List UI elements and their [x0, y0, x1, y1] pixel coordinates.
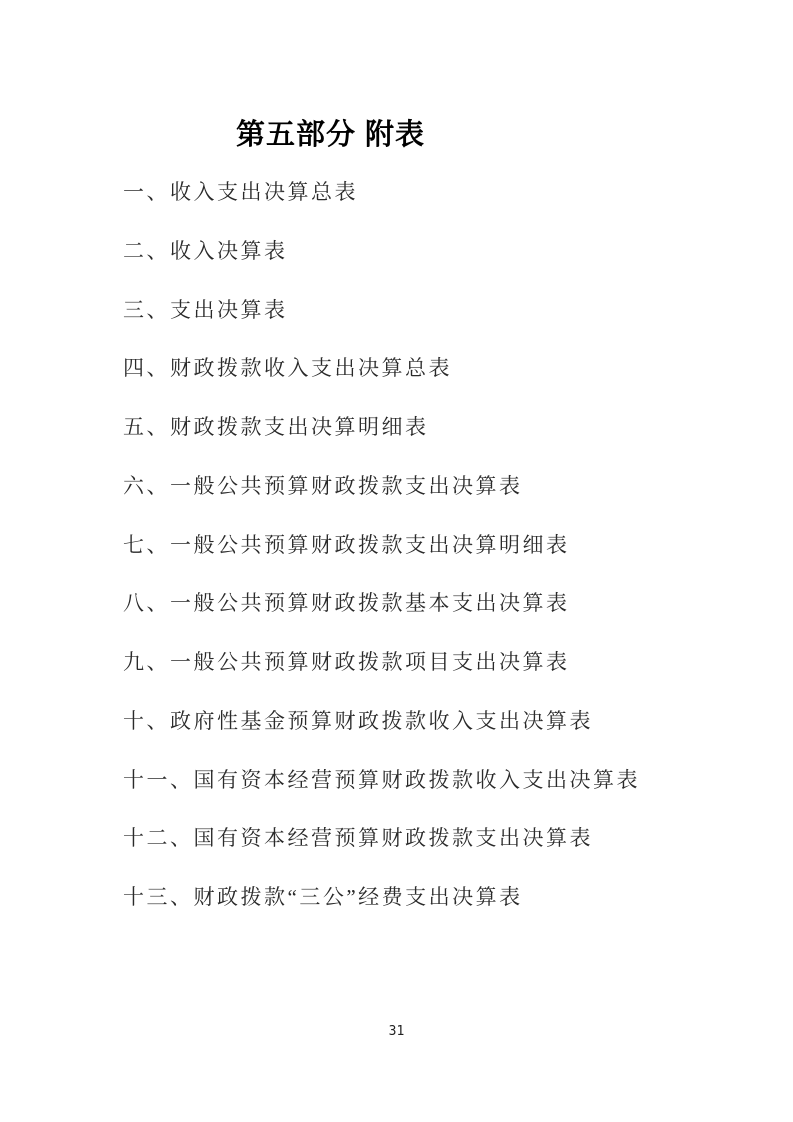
toc-item: 十三、财政拨款“三公”经费支出决算表	[123, 884, 640, 943]
document-page: 第五部分 附表 一、收入支出决算总表 二、收入决算表 三、支出决算表 四、财政拨…	[0, 0, 793, 1122]
page-number: 31	[0, 1024, 793, 1039]
toc-item: 九、一般公共预算财政拨款项目支出决算表	[123, 649, 640, 708]
toc-item: 七、一般公共预算财政拨款支出决算明细表	[123, 532, 640, 591]
section-title: 第五部分 附表	[236, 118, 425, 152]
toc-list: 一、收入支出决算总表 二、收入决算表 三、支出决算表 四、财政拨款收入支出决算总…	[123, 179, 640, 943]
toc-item: 一、收入支出决算总表	[123, 179, 640, 238]
toc-item: 六、一般公共预算财政拨款支出决算表	[123, 473, 640, 532]
toc-item: 十二、国有资本经营预算财政拨款支出决算表	[123, 825, 640, 884]
toc-item: 三、支出决算表	[123, 297, 640, 356]
toc-item: 十一、国有资本经营预算财政拨款收入支出决算表	[123, 767, 640, 826]
toc-item: 八、一般公共预算财政拨款基本支出决算表	[123, 590, 640, 649]
toc-item: 二、收入决算表	[123, 238, 640, 297]
toc-item: 四、财政拨款收入支出决算总表	[123, 355, 640, 414]
toc-item: 十、政府性基金预算财政拨款收入支出决算表	[123, 708, 640, 767]
toc-item: 五、财政拨款支出决算明细表	[123, 414, 640, 473]
